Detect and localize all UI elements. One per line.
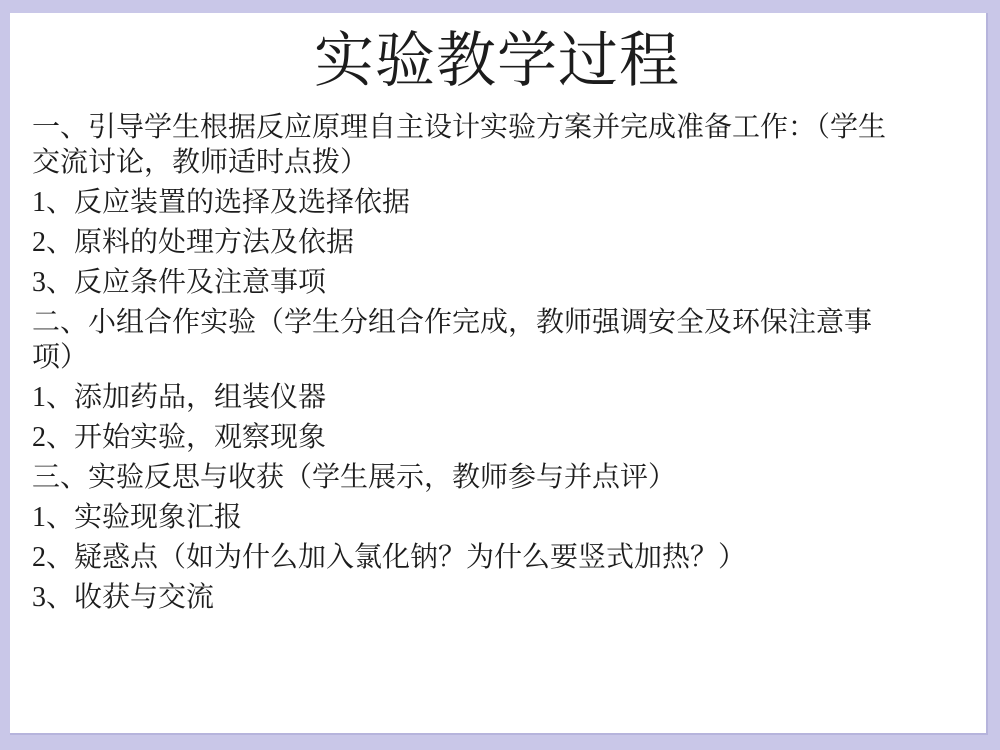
- slide-paragraph: 1、实验现象汇报: [32, 500, 962, 535]
- slide-paragraph: 三、实验反思与收获（学生展示，教师参与并点评）: [32, 460, 962, 495]
- slide-paragraph: 1、反应装置的选择及选择依据: [32, 185, 962, 220]
- slide-paragraph: 1、添加药品，组装仪器: [32, 380, 962, 415]
- slide-body: 一、引导学生根据反应原理自主设计实验方案并完成准备工作：（学生 交流讨论，教师适…: [32, 110, 962, 615]
- slide-paragraph: 2、疑惑点（如为什么加入氯化钠？为什么要竖式加热？）: [32, 540, 962, 575]
- slide-paragraph: 3、反应条件及注意事项: [32, 265, 962, 300]
- slide-surface: 实验教学过程 一、引导学生根据反应原理自主设计实验方案并完成准备工作：（学生 交…: [10, 13, 988, 735]
- slide-paragraph: 2、开始实验，观察现象: [32, 420, 962, 455]
- slide-paragraph: 2、原料的处理方法及依据: [32, 225, 962, 260]
- slide-paragraph: 二、小组合作实验（学生分组合作完成，教师强调安全及环保注意事 项）: [32, 305, 962, 375]
- slide-title: 实验教学过程: [32, 27, 962, 96]
- slide-canvas: { "slide": { "title": "实验教学过程", "colors"…: [0, 0, 1000, 750]
- slide-paragraph: 一、引导学生根据反应原理自主设计实验方案并完成准备工作：（学生 交流讨论，教师适…: [32, 110, 962, 180]
- slide-paragraph: 3、收获与交流: [32, 580, 962, 615]
